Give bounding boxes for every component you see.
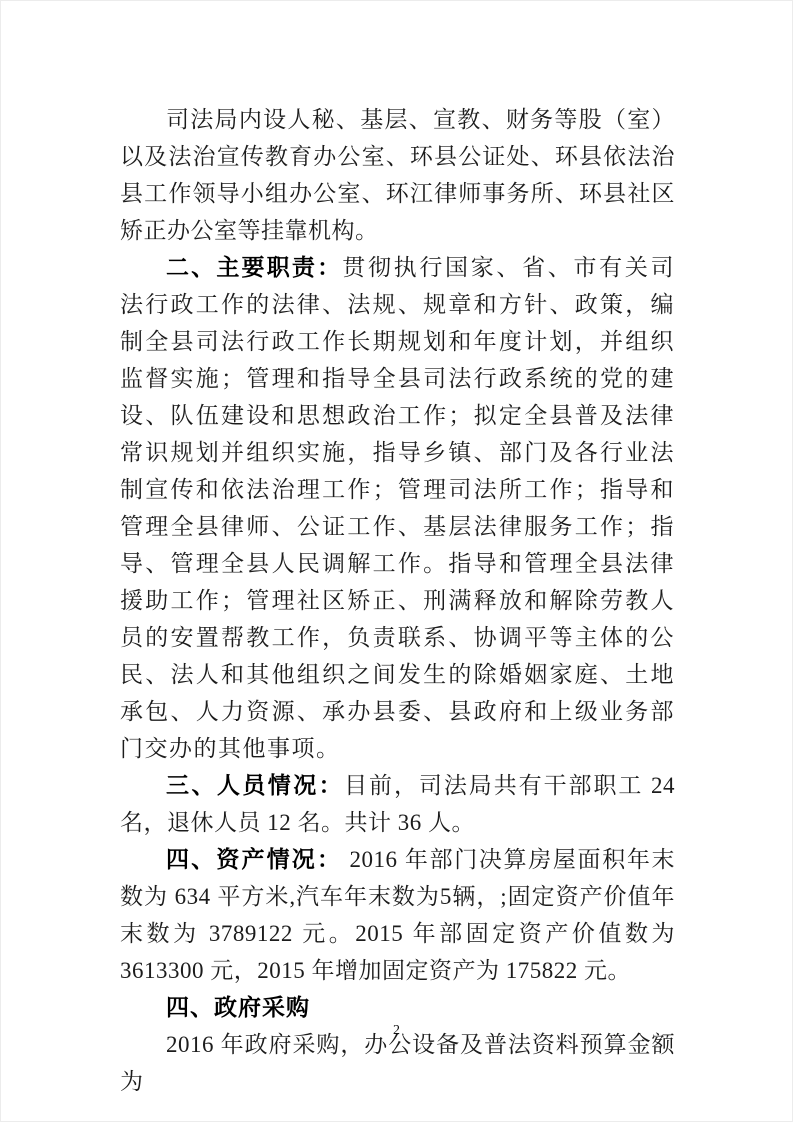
paragraph-main-duties: 二、主要职责：贯彻执行国家、省、市有关司法行政工作的法律、法规、规章和方针、政策…: [120, 249, 675, 767]
page-footer: 2: [1, 1021, 792, 1039]
paragraph-personnel: 三、人员情况：目前，司法局共有干部职工 24 名，退休人员 12 名。共计 36…: [120, 767, 675, 841]
section-heading-assets: 四、资产情况：: [166, 846, 342, 872]
paragraph-assets: 四、资产情况： 2016 年部门决算房屋面积年末数为 634 平方米,汽车年末数…: [120, 841, 675, 989]
section-heading-main-duties: 二、主要职责：: [166, 254, 342, 280]
page-number: 2: [393, 1023, 400, 1038]
document-page: 司法局内设人秘、基层、宣教、财务等股（室）以及法治宣传教育办公室、环县公证处、环…: [0, 0, 793, 1122]
document-content: 司法局内设人秘、基层、宣教、财务等股（室）以及法治宣传教育办公室、环县公证处、环…: [120, 101, 675, 1100]
section-heading-personnel: 三、人员情况：: [166, 772, 344, 798]
section-text-main-duties: 贯彻执行国家、省、市有关司法行政工作的法律、法规、规章和方针、政策，编制全县司法…: [120, 255, 675, 761]
paragraph-internal-structure: 司法局内设人秘、基层、宣教、财务等股（室）以及法治宣传教育办公室、环县公证处、环…: [120, 101, 675, 249]
